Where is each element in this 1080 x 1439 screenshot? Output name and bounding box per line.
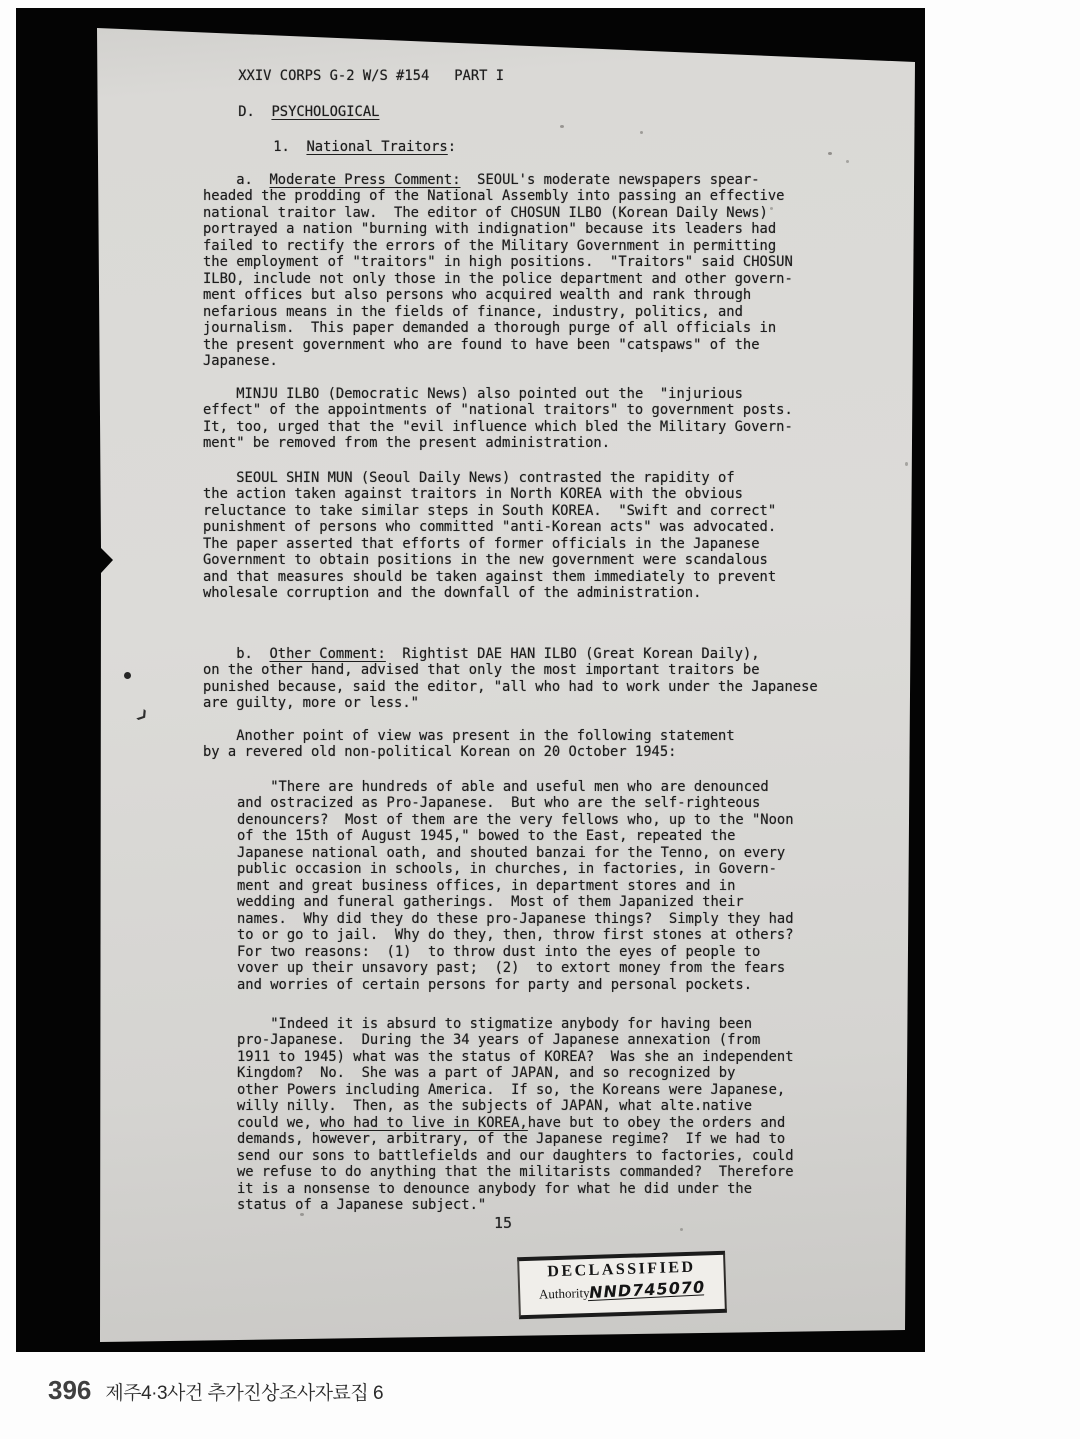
header-text: XXIV CORPS G-2 W/S #154 PART I <box>238 68 504 84</box>
margin-dot-mark <box>124 672 131 679</box>
paragraph-a: a. Moderate Press Comment: SEOUL's moder… <box>203 155 863 386</box>
scan-speck <box>905 462 908 466</box>
paragraph-b-label: b. <box>236 646 269 662</box>
block-quote-2: "Indeed it is absurd to stigmatize anybo… <box>237 999 862 1230</box>
section-title: PSYCHOLOGICAL <box>271 104 379 120</box>
authority-handwritten-number: NND745070 <box>588 1277 706 1302</box>
subsection-title: National Traitors <box>306 139 447 155</box>
authority-label: Authority <box>539 1285 590 1302</box>
paragraph-minju-body: MINJU ILBO (Democratic News) also pointe… <box>203 386 793 452</box>
paragraph-a-heading: Moderate Press Comment: <box>269 172 460 188</box>
paragraph-b-heading: Other Comment: <box>269 646 385 662</box>
block-quote-2-underlined: who had to live in KOREA, <box>320 1115 528 1131</box>
subsection-label: 1. <box>273 139 306 155</box>
block-quote-2-part1: "Indeed it is absurd to stigmatize anybo… <box>237 1016 794 1131</box>
paragraph-seoul-shin-mun: SEOUL SHIN MUN (Seoul Daily News) contra… <box>203 453 863 618</box>
book-footer: 396 제주4·3사건 추가진상조사자료집 6 <box>48 1375 383 1406</box>
paragraph-seoul-body: SEOUL SHIN MUN (Seoul Daily News) contra… <box>203 470 776 602</box>
document-page-number: 15 <box>494 1214 512 1232</box>
declassified-stamp: DECLASSIFIED AuthorityNND745070 <box>517 1251 727 1320</box>
paragraph-a-label: a. <box>236 172 269 188</box>
section-label: D. <box>238 104 271 120</box>
subsection-suffix: : <box>448 139 456 155</box>
block-quote-1-body: "There are hundreds of able and useful m… <box>237 779 794 993</box>
paragraph-a-body: SEOUL's moderate newspapers spear- heade… <box>203 172 793 370</box>
declassified-stamp-authority: AuthorityNND745070 <box>520 1278 724 1303</box>
paragraph-another-body: Another point of view was present in the… <box>203 728 735 761</box>
block-quote-1: "There are hundreds of able and useful m… <box>237 762 862 1010</box>
book-page: ❯ XXIV CORPS G-2 W/S #154 PART I D. PSYC… <box>0 0 1080 1439</box>
book-title: 제주4·3사건 추가진상조사자료집 6 <box>105 1378 383 1405</box>
book-folio-number: 396 <box>48 1375 91 1406</box>
